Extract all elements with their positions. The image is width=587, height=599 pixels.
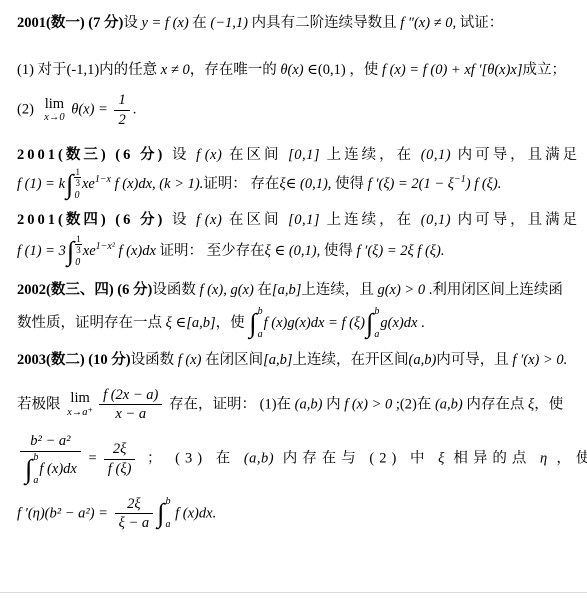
text-run: 内存在点: [463, 396, 528, 412]
math-run: f (x) > 0: [344, 396, 392, 412]
text-run: 内可导，且满足: [451, 212, 580, 228]
limit-word: lim: [45, 97, 64, 112]
text-run: ，使: [216, 315, 249, 331]
text-run: 中: [401, 451, 438, 467]
text-run: 在区间: [222, 212, 288, 228]
text-run: .: [133, 102, 137, 118]
text-run: 设: [123, 15, 141, 31]
integral: ∫ba: [249, 307, 262, 340]
math-run: f ′(η)(b² − a²) =: [17, 505, 112, 521]
text-group: ； (3) 在 (a,b) 内存在与 (2) 中 ξ 相异的点 η ，使: [138, 451, 587, 467]
text-run: 内可导，且: [436, 352, 512, 368]
problem-header: 2001(数四) (6 分): [17, 212, 165, 228]
p3-header-line: 2001(数四) (6 分) 设 f (x) 在区间 [0,1] 上连续，在 (…: [17, 211, 579, 231]
integral-sign: ∫: [366, 310, 373, 337]
problem-header: 2001(数三) (6 分): [17, 147, 165, 163]
text-run: [34, 102, 41, 118]
fraction-denominator: 2: [114, 111, 129, 129]
limit-word: lim: [70, 391, 89, 406]
text-run: 使得: [320, 242, 356, 258]
item-number: (2): [400, 396, 417, 412]
text-run: 上连续，在: [320, 147, 421, 163]
text-run: 成立；: [523, 62, 567, 78]
limit: limx→0: [44, 97, 64, 124]
text-run: 在: [207, 451, 244, 467]
math-run: ξ: [438, 451, 445, 467]
text-run: 在: [189, 15, 211, 31]
integral: ∫130: [66, 168, 81, 201]
math-run: f (x): [196, 147, 222, 163]
text-run: .: [417, 315, 424, 331]
math-run: [0,1]: [288, 147, 320, 163]
math-run: f ′(x) > 0.: [512, 352, 567, 368]
integral: ∫130: [67, 235, 82, 268]
math-run: f (x)dx, (k > 1).: [111, 176, 203, 192]
math-run: (−1,1): [210, 15, 248, 31]
text-run: ∈(0,1) ，使: [304, 62, 382, 78]
integral-upper-limit: 13: [74, 168, 81, 188]
math-run: x ≠ 0: [161, 62, 190, 78]
math-run: (a,b): [435, 396, 463, 412]
text-run: 试证：: [456, 15, 503, 31]
text-run: 证明： 至少存在: [156, 242, 265, 258]
p5-equation-line: b² − a²∫baf (x)dx = 2ξf (ξ) ； (3) 在 (a,b…: [17, 433, 579, 486]
text-run: ;: [392, 396, 400, 412]
math-run: (a,b): [295, 396, 323, 412]
math-run: η: [540, 451, 548, 467]
math-run: f (x)dx.: [172, 505, 217, 521]
text-run: 在闭区间: [201, 352, 263, 368]
p4-line-2: 数性质，证明存在一点 ξ ∈[a,b]，使 ∫baf (x)g(x)dx = f…: [17, 307, 579, 340]
problem-header: 2001(数一) (7 分): [17, 15, 123, 31]
p1-item-1: (1) 对于(-1,1)内的任意 x ≠ 0，存在唯一的 θ(x) ∈(0,1)…: [17, 61, 579, 81]
page-bottom-divider: [0, 592, 587, 593]
math-run: =: [84, 451, 101, 467]
integral-lower-limit: a: [33, 476, 38, 486]
p1-item-2: (2) limx→0 θ(x) = 12.: [17, 92, 579, 128]
fraction-denominator: ξ − a: [115, 514, 154, 532]
integral-lower-limit: a: [166, 520, 171, 530]
item-number: (2): [17, 102, 34, 118]
fraction: 2ξξ − a: [115, 496, 154, 532]
math-run: g(x) > 0: [377, 282, 425, 298]
math-run: [0,1]: [288, 212, 320, 228]
text-run: 内: [322, 396, 344, 412]
text-run: ，使: [548, 451, 587, 467]
math-run: f (x), g(x): [199, 282, 253, 298]
fraction-denominator: x − a: [99, 405, 162, 423]
integral-sign: ∫: [25, 456, 32, 483]
integral-lower-limit: 0: [75, 258, 82, 268]
math-run: y = f (x): [141, 15, 188, 31]
integral-sign: ∫: [249, 310, 256, 337]
p4-line-1: 2002(数三、四) (6 分)设函数 f (x), g(x) 在[a,b]上连…: [17, 281, 579, 301]
fraction-denominator: 3: [74, 178, 81, 188]
text-run: 设: [165, 212, 196, 228]
math-run: f (x)dx: [39, 461, 76, 478]
math-run: g(x)dx: [380, 315, 417, 331]
integral-lower-limit: a: [258, 330, 263, 340]
text-run: 内可导，且满足: [451, 147, 580, 163]
fraction: b² − a²∫baf (x)dx: [20, 433, 81, 486]
math-run: f (1) = k: [17, 176, 65, 192]
integral-upper-limit: 13: [75, 235, 82, 255]
math-run: [a,b]: [263, 352, 292, 368]
integral-sign: ∫: [157, 500, 164, 527]
text-run: 设函数: [152, 282, 199, 298]
p3-formula-line: f (1) = 3∫130xe1−x² f (x)dx 证明： 至少存在ξ ∈ …: [17, 235, 579, 268]
text-run: 在: [254, 282, 272, 298]
integral-sign: ∫: [67, 238, 74, 265]
text-run: 证明： 存在: [203, 176, 279, 192]
math-run: f (x) = f (0) + xf ′[θ(x)x]: [382, 62, 523, 78]
text-run: ；: [138, 451, 175, 467]
math-run: f ″(x) ≠ 0,: [400, 15, 456, 31]
math-run: xe: [82, 176, 95, 192]
text-run: 上连续，且: [301, 282, 377, 298]
exponent: −1: [454, 174, 466, 185]
limit: limx→a⁺: [67, 391, 93, 418]
math-run: f (x): [178, 352, 202, 368]
exponent: 1−x: [95, 174, 111, 185]
fraction-numerator: 1: [114, 92, 129, 111]
integral-upper-limit: b: [166, 497, 171, 507]
math-run: ξ ∈ (0,1),: [265, 242, 321, 258]
fraction-denominator: f (ξ): [104, 460, 136, 478]
p1-header-line: 2001(数一) (7 分)设 y = f (x) 在 (−1,1) 内具有二阶…: [17, 14, 579, 34]
text-run: 内具有二阶连续导数且: [248, 15, 400, 31]
fraction: 12: [114, 92, 129, 128]
math-run: ) f (ξ).: [466, 176, 502, 192]
p5-final-line: f ′(η)(b² − a²) = 2ξξ − a∫ba f (x)dx.: [17, 496, 579, 532]
math-run: f (x)g(x)dx = f (ξ): [264, 315, 365, 331]
fraction: f (2x − a)x − a: [99, 387, 162, 423]
text-run: 若极限: [17, 396, 64, 412]
integral-upper-limit: b: [33, 453, 38, 463]
item-number: (1): [17, 62, 34, 78]
text-run: 内存在与: [274, 451, 369, 467]
fraction-numerator: f (2x − a): [99, 387, 162, 406]
integral: ∫ba: [157, 497, 170, 530]
text-run: 在: [417, 396, 435, 412]
item-number: (1): [260, 396, 277, 412]
fraction-numerator: 2ξ: [104, 441, 136, 460]
fraction-numerator: 1: [75, 235, 82, 245]
limit-subscript: x→a⁺: [67, 408, 93, 419]
fraction-numerator: 2ξ: [115, 496, 154, 515]
math-run: xe: [83, 242, 96, 258]
math-run: f ′(ξ) = 2ξ f (ξ).: [357, 242, 445, 258]
text-run: 设函数: [131, 352, 178, 368]
integral: ∫ba: [366, 307, 379, 340]
integral: ∫ba: [25, 453, 38, 486]
limit-subscript: x→0: [44, 113, 64, 124]
text-run: 在区间: [222, 147, 288, 163]
math-run: (0,1): [421, 147, 451, 163]
problem-header: 2002(数三、四) (6 分): [17, 282, 152, 298]
math-run: (0,1): [421, 212, 451, 228]
p5-intro-line: 2003(数二) (10 分)设函数 f (x) 在闭区间[a,b]上连续，在开…: [17, 351, 579, 371]
text-run: 设: [165, 147, 196, 163]
math-run: θ(x): [280, 62, 303, 78]
document-page: 2001(数一) (7 分)设 y = f (x) 在 (−1,1) 内具有二阶…: [0, 0, 587, 599]
p5-limit-line: 若极限 limx→a⁺f (2x − a)x − a 存在，证明： (1)在 (…: [17, 387, 579, 423]
math-run: f (x)dx: [115, 242, 156, 258]
math-run: ξ ∈[a,b]: [166, 315, 216, 331]
item-number: (3): [175, 451, 207, 467]
integral-upper-limit: b: [374, 307, 379, 317]
text-run: 数性质，证明存在一点: [17, 315, 166, 331]
exponent: 1−x²: [96, 241, 115, 252]
text-run: 相异的点: [445, 451, 540, 467]
math-run: f ′(ξ) = 2(1 − ξ: [368, 176, 454, 192]
fraction-denominator: ∫baf (x)dx: [20, 452, 81, 486]
text-run: 使得: [331, 176, 367, 192]
text-run: 上连续，在: [320, 212, 421, 228]
p2-header-line: 2001(数三) (6 分) 设 f (x) 在区间 [0,1] 上连续，在 (…: [17, 146, 579, 166]
item-number: (2): [369, 451, 401, 467]
integral-upper-limit: b: [258, 307, 263, 317]
fraction: 2ξf (ξ): [104, 441, 136, 477]
text-run: 对于(-1,1)内的任意: [34, 62, 161, 78]
math-run: ξ∈ (0,1),: [279, 176, 331, 192]
problem-header: 2003(数二) (10 分): [17, 352, 131, 368]
fraction-numerator: b² − a²: [20, 433, 81, 452]
text-run: .利用闭区间上连续函: [425, 282, 563, 298]
text-run: 存在，证明：: [165, 396, 259, 412]
integral-lower-limit: 0: [74, 191, 81, 201]
text-run: 在: [277, 396, 295, 412]
math-run: θ(x) =: [68, 102, 112, 118]
fraction-denominator: 3: [75, 245, 82, 255]
math-run: (a,b): [409, 352, 437, 368]
math-run: [a,b]: [272, 282, 301, 298]
math-run: f (x): [196, 212, 222, 228]
fraction-numerator: 1: [74, 168, 81, 178]
text-run: ，使: [534, 396, 563, 412]
text-run: 上连续，在开区间: [293, 352, 409, 368]
p2-formula-line: f (1) = k∫130xe1−x f (x)dx, (k > 1).证明： …: [17, 168, 579, 201]
integral-lower-limit: a: [374, 330, 379, 340]
text-run: ，存在唯一的: [190, 62, 281, 78]
math-run: (a,b): [244, 451, 274, 467]
integral-sign: ∫: [66, 171, 73, 198]
math-run: f (1) = 3: [17, 242, 66, 258]
